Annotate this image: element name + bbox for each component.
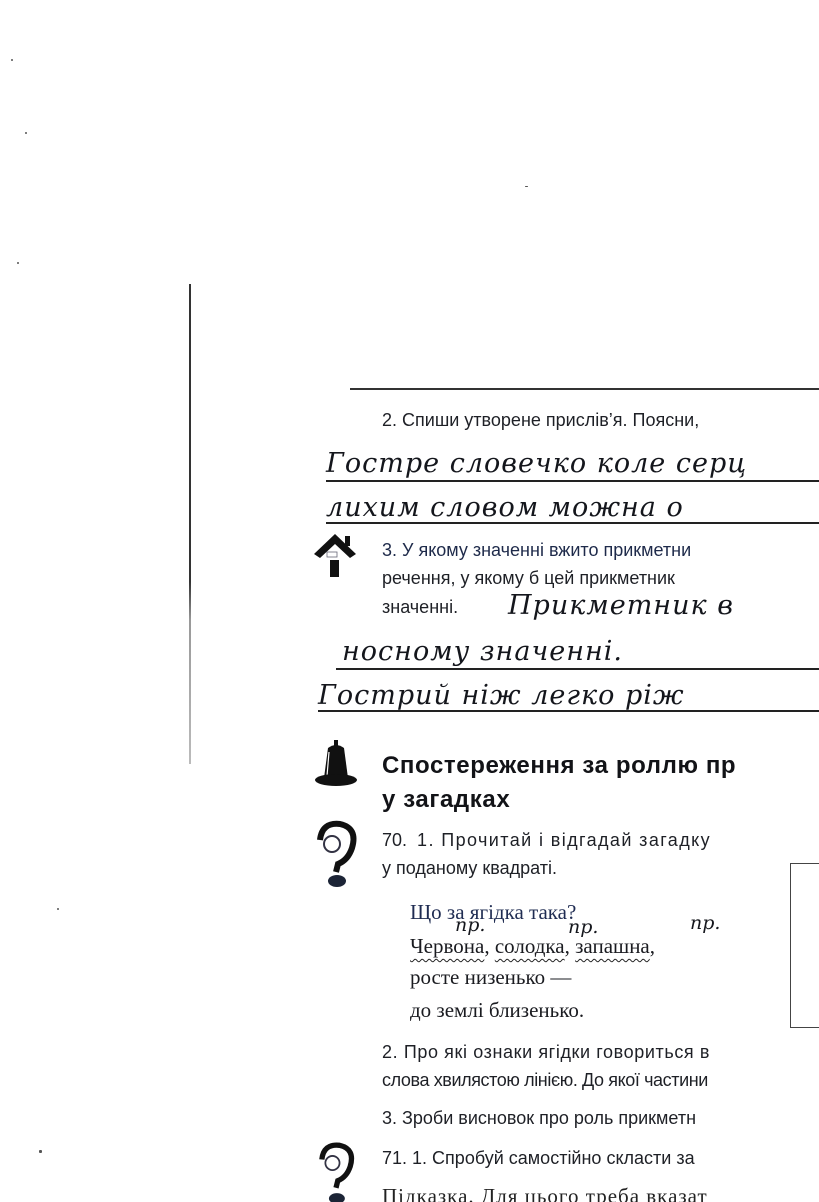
scan-speck: [57, 908, 59, 910]
exercise-70-prompt: у поданому квадраті.: [382, 858, 557, 879]
handwriting-answer: Прикметник в: [508, 590, 734, 621]
riddle-line: росте низенько —: [410, 965, 571, 990]
handwriting-answer-line: Гострий ніж легко ріж: [318, 680, 685, 711]
house-icon: [310, 530, 360, 580]
scan-speck: [39, 1150, 42, 1153]
scan-speck: [525, 186, 528, 187]
scan-speck: [11, 59, 13, 61]
exercise-71-prompt: 71. 1. Спробуй самостійно скласти за: [382, 1148, 695, 1169]
scan-speck: [17, 262, 19, 264]
exercise-70-task3: 3. Зроби висновок про роль прикметн: [382, 1108, 696, 1129]
riddle-line: Що за ягідка така?: [410, 900, 576, 925]
exercise-number: 70.: [382, 830, 407, 850]
exercise-71-hint: Підказка. Для цього треба вказат: [382, 1184, 708, 1202]
top-rule-line: [350, 388, 819, 390]
writing-line: [336, 668, 819, 670]
answer-box[interactable]: [790, 863, 819, 1028]
annotation-adjective: пр.: [455, 914, 485, 936]
task3-prompt-line: 3. У якому значенні вжито прикметни: [382, 540, 691, 561]
handwriting-answer-line: Гостре словечко коле серц: [326, 448, 747, 479]
section-title: у загадках: [382, 786, 510, 814]
question-mark-icon: [310, 1140, 362, 1202]
task2-prompt: 2. Спиши утворене прислів’я. Поясни,: [382, 410, 699, 431]
task3-prompt-line: значенні.: [382, 597, 458, 618]
writing-line: [326, 480, 819, 482]
bell-icon: [312, 738, 360, 788]
exercise-number: 71.: [382, 1148, 407, 1168]
page-margin-line: [189, 284, 191, 764]
task3-prompt-line: речення, у якому б цей прикметник: [382, 568, 675, 589]
scan-speck: [25, 132, 27, 134]
writing-line: [318, 710, 819, 712]
riddle-line: Червона, солодка, запашна,: [410, 934, 655, 959]
handwriting-answer-line: носному значенні.: [342, 636, 623, 667]
exercise-70-prompt: 70. 1. Прочитай і відгадай загадку: [382, 830, 711, 851]
handwriting-answer-line: лихим словом можна о: [326, 492, 684, 523]
section-title: Спостереження за роллю пр: [382, 752, 736, 780]
annotation-adjective: пр.: [690, 912, 720, 934]
exercise-70-task2: слова хвилястою лінією. До якої частини: [382, 1070, 708, 1091]
riddle-line: до землі близенько.: [410, 998, 584, 1023]
exercise-70-task2: 2. Про які ознаки ягідки говориться в: [382, 1042, 710, 1063]
writing-line: [326, 522, 819, 524]
question-mark-icon: [310, 818, 362, 888]
